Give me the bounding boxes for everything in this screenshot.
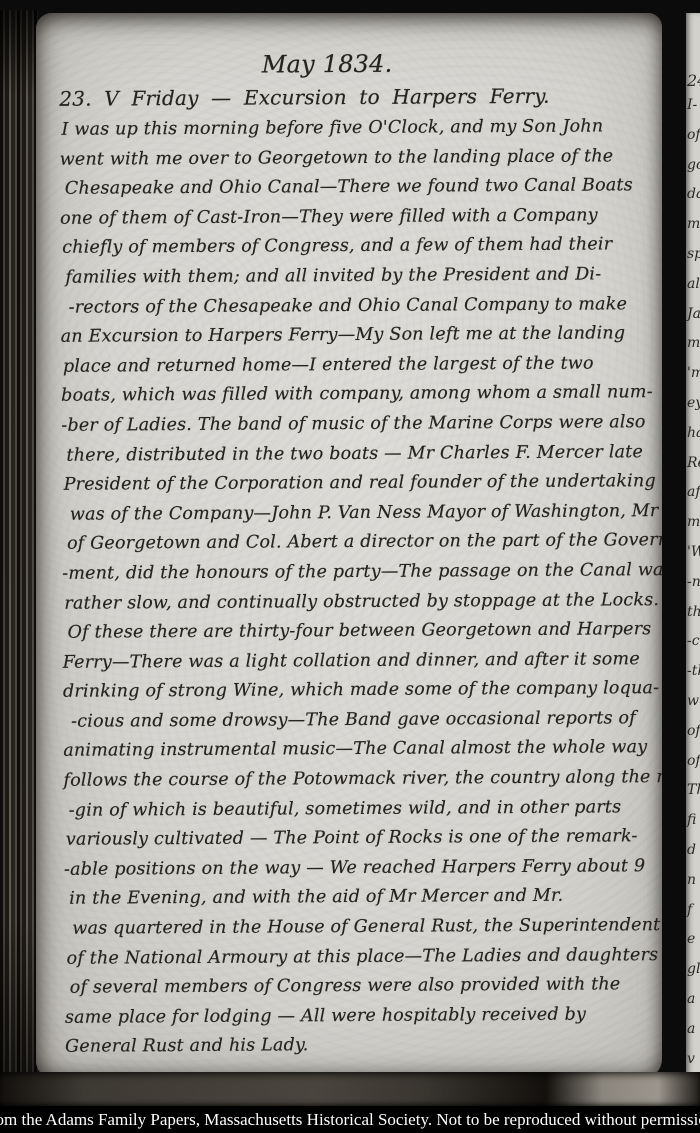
manuscript-line: an Excursion to Harpers Ferry—My Son lef… — [61, 319, 657, 352]
fragment-line: Ja — [687, 300, 700, 330]
manuscript-line: variously cultivated — The Point of Rock… — [66, 822, 660, 855]
fragment-line: fi — [687, 806, 700, 836]
next-page-sliver: 24 I-ofgodamspalJam'meyhaReafm'W-nth-c-t… — [686, 13, 700, 1079]
fragment-line: 'W — [687, 538, 700, 568]
manuscript-line: I was up this morning before five O'Cloc… — [61, 112, 655, 145]
manuscript-line: -ber of Ladies. The band of music of the… — [61, 408, 657, 441]
fragment-line: da — [687, 180, 700, 210]
fragment-line: al — [687, 270, 700, 300]
fragment-line: gl — [687, 955, 700, 985]
fragment-line: -th — [687, 657, 700, 687]
fragment-line: n — [687, 866, 700, 896]
manuscript-line: President of the Corporation and real fo… — [64, 467, 658, 500]
credit-text: From the Adams Family Papers, Massachuse… — [0, 1106, 700, 1133]
date-heading: May 1834. — [59, 45, 655, 83]
manuscript-line: went with me over to Georgetown to the l… — [60, 142, 656, 175]
fragment-line: m — [687, 329, 700, 359]
fragment-line: of — [687, 121, 700, 151]
fragment-line: e — [687, 925, 700, 955]
manuscript-line: families with them; and all invited by t… — [65, 260, 656, 293]
fragment-line: of — [687, 747, 700, 777]
fragment-line: th — [687, 598, 700, 628]
fragment-line: af — [687, 478, 700, 508]
fragment-line: a — [687, 985, 700, 1015]
fragment-line: f — [687, 896, 700, 926]
fragment-line: ha — [687, 419, 700, 449]
manuscript-line: chiefly of members of Congress, and a fe… — [62, 230, 656, 263]
fragment-line: a — [687, 1015, 700, 1045]
page-gutter — [660, 10, 688, 1082]
fragment-line: m — [687, 508, 700, 538]
diary-page: May 1834. 23. V Friday — Excursion to Ha… — [36, 13, 662, 1079]
fragment-line: sp — [687, 240, 700, 270]
manuscript-line: Of these there are thirty-four between G… — [67, 615, 658, 648]
fragment-line: Re — [687, 449, 700, 479]
manuscript-line: -able positions on the way — We reached … — [64, 852, 660, 885]
manuscript-line: -cious and some drowsy—The Band gave occ… — [71, 704, 659, 737]
manuscript-line: same place for lodging — All were hospit… — [65, 1000, 661, 1033]
manuscript-line: rather slow, and continually obstructed … — [64, 586, 658, 619]
entry-heading: 23. V Friday — Excursion to Harpers Ferr… — [59, 79, 655, 116]
fragment-line: m — [687, 210, 700, 240]
fragment-line: d — [687, 836, 700, 866]
manuscript-line: was of the Company—John P. Van Ness Mayo… — [70, 497, 658, 530]
manuscript-line: boats, which was filled with company, am… — [61, 378, 657, 411]
manuscript-line: place and returned home—I entered the la… — [63, 349, 657, 382]
manuscript-line: General Rust and his Lady. — [65, 1030, 661, 1063]
fragment-line: Th — [687, 776, 700, 806]
book-bottom-edge — [0, 1072, 700, 1106]
fragment-line: -c — [687, 627, 700, 657]
next-page-fragments: I-ofgodamspalJam'meyhaReafm'W-nth-c-thwo… — [686, 91, 700, 1074]
manuscript-scan: May 1834. 23. V Friday — Excursion to Ha… — [0, 0, 700, 1133]
fragment-line: w — [687, 687, 700, 717]
manuscript-line: Chesapeake and Ohio Canal—There we found… — [65, 171, 656, 204]
fragment-line: -n — [687, 568, 700, 598]
fragment-line: 'm — [687, 359, 700, 389]
next-page-number: 24 — [686, 13, 700, 91]
manuscript-line: in the Evening, and with the aid of Mr M… — [69, 882, 660, 915]
fragment-line: I- — [687, 91, 700, 121]
manuscript-line: of the National Armoury at this place—Th… — [66, 941, 660, 974]
fragment-line: v — [687, 1045, 700, 1075]
manuscript-line: follows the course of the Potowmack rive… — [63, 763, 659, 796]
manuscript-line: Ferry—There was a light collation and di… — [63, 645, 659, 678]
manuscript-line: of Georgetown and Col. Abert a director … — [67, 526, 658, 559]
book-binding-edge — [0, 10, 38, 1082]
credit-bar: From the Adams Family Papers, Massachuse… — [0, 1106, 700, 1133]
manuscript-line: of several members of Congress were also… — [70, 970, 661, 1003]
manuscript-line: one of them of Cast-Iron—They were fille… — [60, 201, 656, 234]
manuscript-line: -ment, did the honours of the party—The … — [62, 556, 658, 589]
fragment-line: ey — [687, 389, 700, 419]
manuscript-line: was quartered in the House of General Ru… — [72, 911, 660, 944]
manuscript-line: drinking of strong Wine, which made some… — [63, 674, 659, 707]
entry-body: I was up this morning before five O'Cloc… — [59, 112, 661, 1063]
manuscript-line: -rectors of the Chesapeake and Ohio Cana… — [69, 290, 657, 323]
handwritten-text-block: May 1834. 23. V Friday — Excursion to Ha… — [36, 13, 662, 1063]
manuscript-line: animating instrumental music—The Canal a… — [63, 734, 659, 767]
manuscript-line: -gin of which is beautiful, sometimes wi… — [69, 793, 660, 826]
fragment-line: of — [687, 717, 700, 747]
fragment-line: go — [687, 151, 700, 181]
manuscript-line: there, distributed in the two boats — Mr… — [66, 438, 657, 471]
